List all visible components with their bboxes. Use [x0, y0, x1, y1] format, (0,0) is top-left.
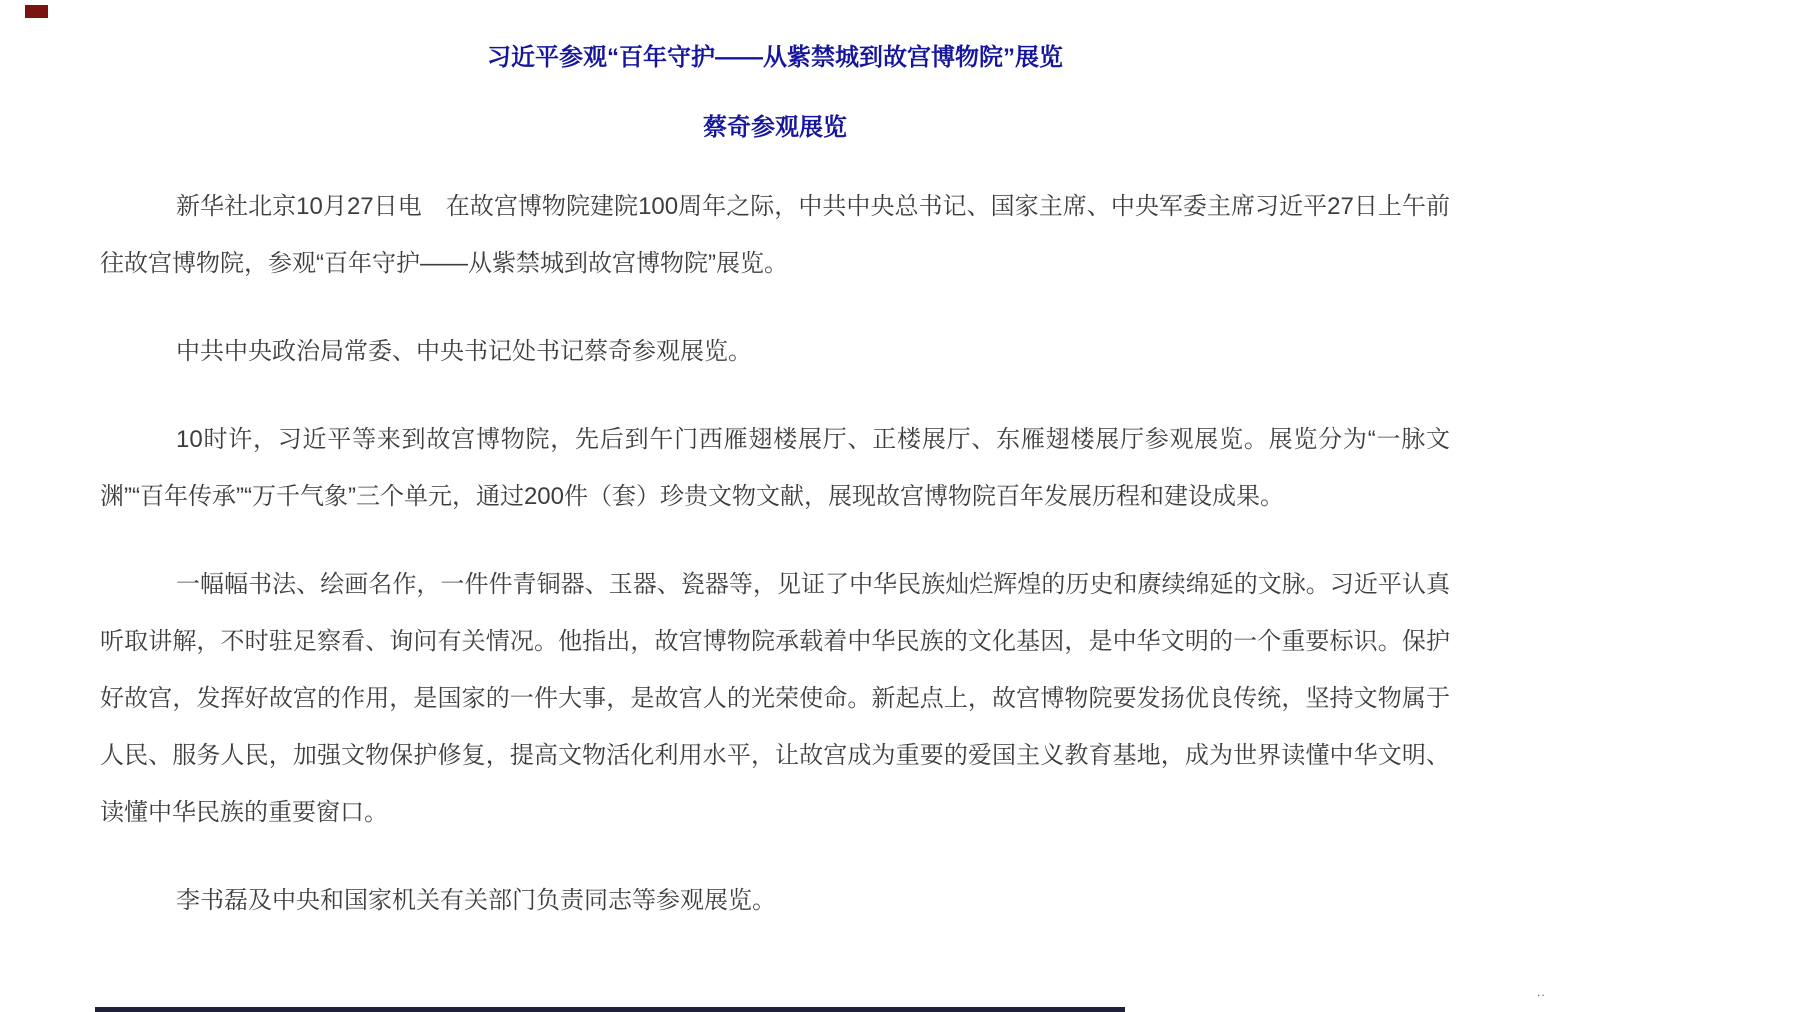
article-subtitle: 蔡奇参观展览: [100, 115, 1450, 141]
top-left-marker: [25, 5, 48, 18]
article-title: 习近平参观“百年守护——从紫禁城到故宫博物院”展览: [100, 45, 1450, 71]
article-page: 习近平参观“百年守护——从紫禁城到故宫博物院”展览 蔡奇参观展览 新华社北京10…: [0, 0, 1800, 1012]
paragraph-caiqi: 中共中央政治局常委、中央书记处书记蔡奇参观展览。: [100, 323, 1450, 380]
bottom-edge-bar: [95, 1007, 1125, 1012]
paragraph-visit: 10时许，习近平等来到故宫博物院，先后到午门西雁翅楼展厅、正楼展厅、东雁翅楼展厅…: [100, 411, 1450, 525]
corner-mark: ..: [1537, 986, 1546, 998]
article-content: 习近平参观“百年守护——从紫禁城到故宫博物院”展览 蔡奇参观展览 新华社北京10…: [100, 0, 1450, 960]
paragraph-dateline: 新华社北京10月27日电 在故宫博物院建院100周年之际，中共中央总书记、国家主…: [100, 178, 1450, 292]
paragraph-remarks: 一幅幅书法、绘画名作，一件件青铜器、玉器、瓷器等，见证了中华民族灿烂辉煌的历史和…: [100, 556, 1450, 841]
paragraph-attendees: 李书磊及中央和国家机关有关部门负责同志等参观展览。: [100, 872, 1450, 929]
article-body: 新华社北京10月27日电 在故宫博物院建院100周年之际，中共中央总书记、国家主…: [100, 178, 1450, 929]
